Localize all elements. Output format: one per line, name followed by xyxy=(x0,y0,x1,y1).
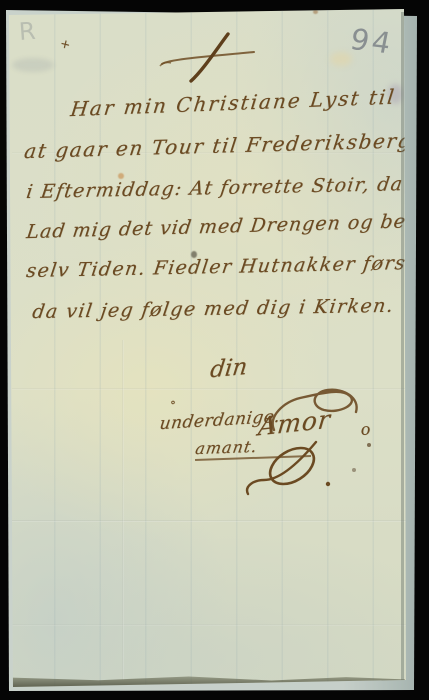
letter-scan: R 94 + Har min Christiane Lyst til at ga… xyxy=(0,0,429,700)
pencil-initial: R xyxy=(18,17,37,46)
rust-stain xyxy=(313,10,318,14)
fold-crease xyxy=(12,520,407,522)
paper-edge-shadow xyxy=(401,12,404,680)
pencil-smudge xyxy=(12,58,54,72)
rust-stain xyxy=(298,3,307,9)
dark-speck xyxy=(352,468,356,472)
ink-dot xyxy=(367,443,371,447)
cancellation-cross-mark xyxy=(158,28,258,84)
fold-crease xyxy=(12,624,407,626)
page-number: 94 xyxy=(347,22,396,61)
ring-diacritic: ° xyxy=(170,399,176,412)
monogram-signature-O-slash xyxy=(244,436,336,498)
closing-word: din xyxy=(209,354,249,384)
fold-crease-vertical xyxy=(122,340,124,680)
letter-paper: R 94 + Har min Christiane Lyst til at ga… xyxy=(0,0,429,700)
signature-small-o: o xyxy=(360,419,371,439)
